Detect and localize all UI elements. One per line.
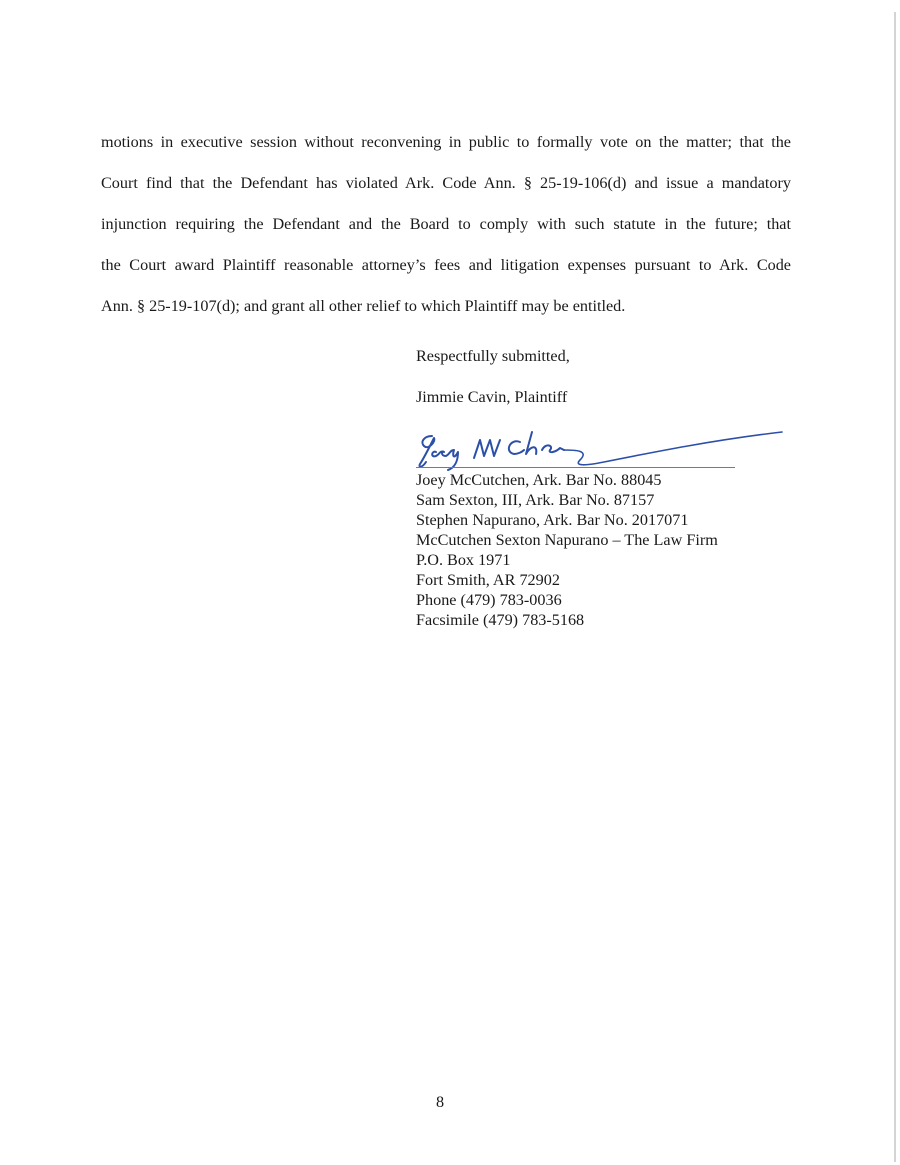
party-name: Jimmie Cavin, Plaintiff: [416, 388, 567, 407]
page-edge-divider: [894, 12, 896, 1162]
paragraph-line: Ann. § 25-19-107(d); and grant all other…: [101, 286, 791, 327]
paragraph-line: injunction requiring the Defendant and t…: [101, 204, 791, 245]
attorney-line: Joey McCutchen, Ark. Bar No. 88045: [416, 470, 718, 490]
page-number: 8: [436, 1093, 444, 1112]
closing-salutation: Respectfully submitted,: [416, 347, 570, 366]
attorney-line: Sam Sexton, III, Ark. Bar No. 87157: [416, 490, 718, 510]
paragraph-line: Court find that the Defendant has violat…: [101, 163, 791, 204]
attorney-line: Stephen Napurano, Ark. Bar No. 2017071: [416, 510, 718, 530]
firm-name: McCutchen Sexton Napurano – The Law Firm: [416, 530, 718, 550]
paragraph-line: the Court award Plaintiff reasonable att…: [101, 245, 791, 286]
address-line: P.O. Box 1971: [416, 550, 718, 570]
signature-block: Joey McCutchen, Ark. Bar No. 88045 Sam S…: [416, 470, 718, 630]
paragraph-line: motions in executive session without rec…: [101, 122, 791, 163]
handwritten-signature: [414, 428, 786, 472]
fax-line: Facsimile (479) 783-5168: [416, 610, 718, 630]
relief-paragraph: motions in executive session without rec…: [101, 122, 791, 327]
address-line: Fort Smith, AR 72902: [416, 570, 718, 590]
signature-line: [416, 467, 735, 468]
phone-line: Phone (479) 783-0036: [416, 590, 718, 610]
